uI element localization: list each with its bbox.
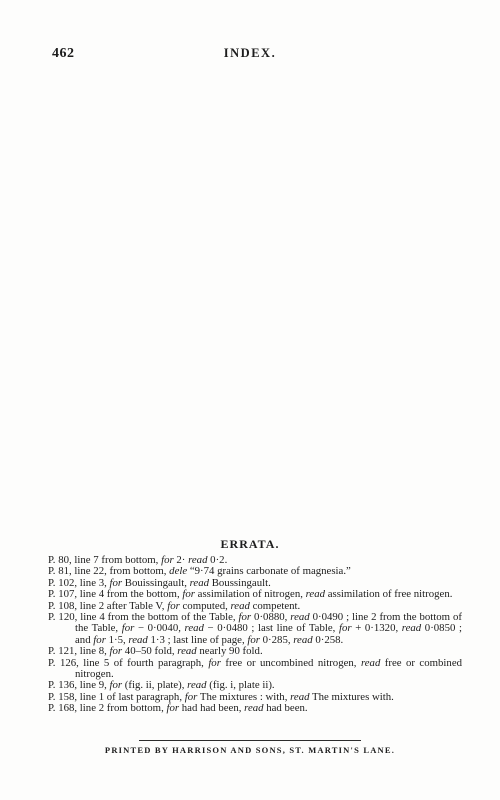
errata-list: P. 80, line 7 from bottom, for 2· read 0… (48, 555, 462, 715)
printer-rule (139, 740, 361, 741)
errata-entry: P. 168, line 2 from bottom, for had had … (48, 703, 462, 714)
running-head: 462 INDEX. (0, 46, 500, 62)
running-title: INDEX. (0, 46, 500, 61)
errata-entry: P. 126, line 5 of fourth paragraph, for … (48, 658, 462, 681)
page-number: 462 (52, 46, 75, 62)
errata-heading: ERRATA. (0, 537, 500, 552)
printer-imprint: PRINTED BY HARRISON AND SONS, ST. MARTIN… (0, 745, 500, 755)
book-page-scan: 462 INDEX. ERRATA. P. 80, line 7 from bo… (0, 0, 500, 800)
errata-entry: P. 120, line 4 from the bottom of the Ta… (48, 612, 462, 646)
